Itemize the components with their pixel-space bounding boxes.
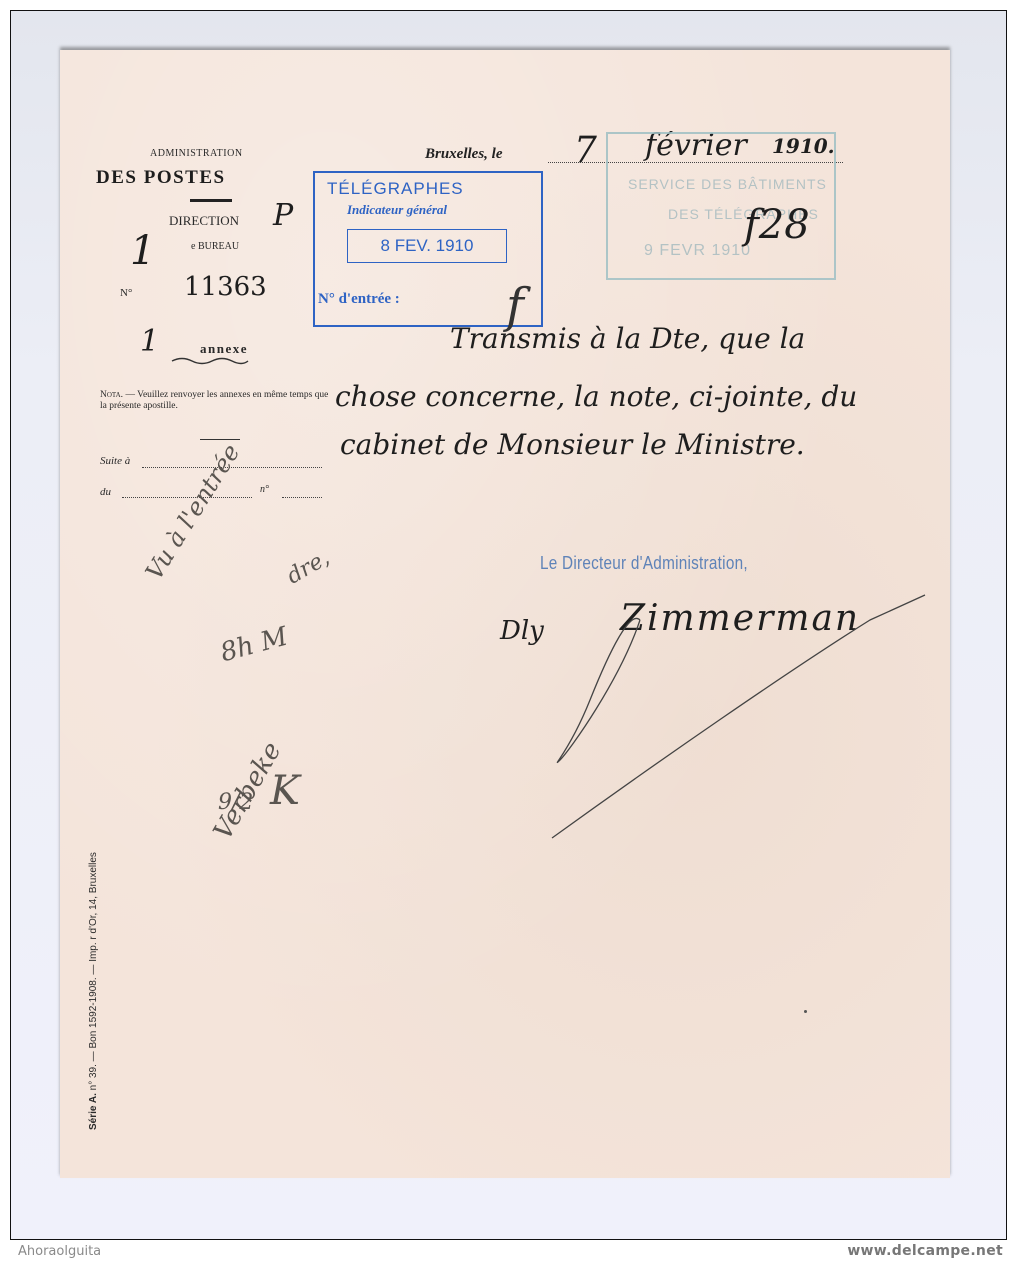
body-line-1: Transmis à la Dte, que la: [450, 322, 805, 355]
stamp-line-1: SERVICE DES BÂTIMENTS: [628, 176, 827, 192]
margin-print: Série A. n° 39. — Bon 1592-1908. — Imp. …: [88, 852, 99, 1130]
direction-label: DIRECTION: [169, 213, 239, 229]
du-label: du: [100, 486, 111, 498]
nota-text: Nota. — Veuillez renvoyer les annexes en…: [100, 390, 332, 412]
stamp-subtitle: Indicateur général: [347, 202, 447, 218]
divider: [190, 199, 232, 202]
director-stamp: Le Directeur d'Administration,: [540, 553, 748, 574]
nota-body: — Veuillez renvoyer les annexes en même …: [100, 390, 328, 411]
signature-flourish-icon: [540, 580, 940, 850]
site-watermark: www.delcampe.net: [847, 1243, 1003, 1259]
stamp-annotation: f28: [744, 202, 810, 248]
number-label: N°: [120, 287, 132, 299]
initials: Dly: [500, 616, 544, 646]
date-day: 7: [574, 130, 597, 171]
body-line-3: cabinet de Monsieur le Ministre.: [340, 428, 805, 461]
bureau-value: 1: [130, 228, 155, 274]
stamp-date: 8 FEV. 1910: [347, 229, 507, 263]
admin-label: ADMINISTRATION: [150, 148, 243, 159]
stamp-title: TÉLÉGRAPHES: [327, 179, 464, 199]
pencil-note-1: Vu à l'entrée: [140, 439, 246, 585]
serie-label: Série A.: [88, 1093, 99, 1130]
serie-number: n° 39.: [88, 1064, 99, 1090]
nota-prefix: Nota.: [100, 390, 123, 400]
suite-label: Suite à: [100, 455, 130, 467]
number-value: 11363: [184, 272, 267, 302]
seller-caption: Ahoraolguita: [18, 1244, 101, 1259]
bureau-label: e BUREAU: [191, 241, 239, 252]
wavy-rule-icon: [170, 355, 250, 367]
pencil-note-3: 8h M: [217, 622, 291, 669]
annex-count: 1: [140, 324, 159, 359]
no-field-label: n°: [260, 484, 269, 495]
document-sheet: ADMINISTRATION DES POSTES DIRECTION P 1 …: [60, 50, 950, 1178]
body-line-2: chose concerne, la note, ci-jointe, du: [335, 380, 857, 413]
printer-info: — Bon 1592-1908. — Imp. r d'Or, 14, Brux…: [88, 852, 99, 1064]
pencil-note-5: 9/2: [218, 790, 253, 815]
department-title: DES POSTES: [96, 167, 226, 189]
stamp-entry-label: N° d'entrée :: [318, 291, 400, 308]
pencil-note-6: K: [270, 768, 300, 814]
paper-speck: [804, 1010, 807, 1013]
dateline-place: Bruxelles, le: [425, 146, 503, 163]
direction-value: P: [273, 198, 293, 233]
stamp-date: 9 FEVR 1910: [644, 242, 751, 260]
pencil-note-2: dre,: [283, 546, 334, 590]
no-field: [282, 497, 322, 498]
